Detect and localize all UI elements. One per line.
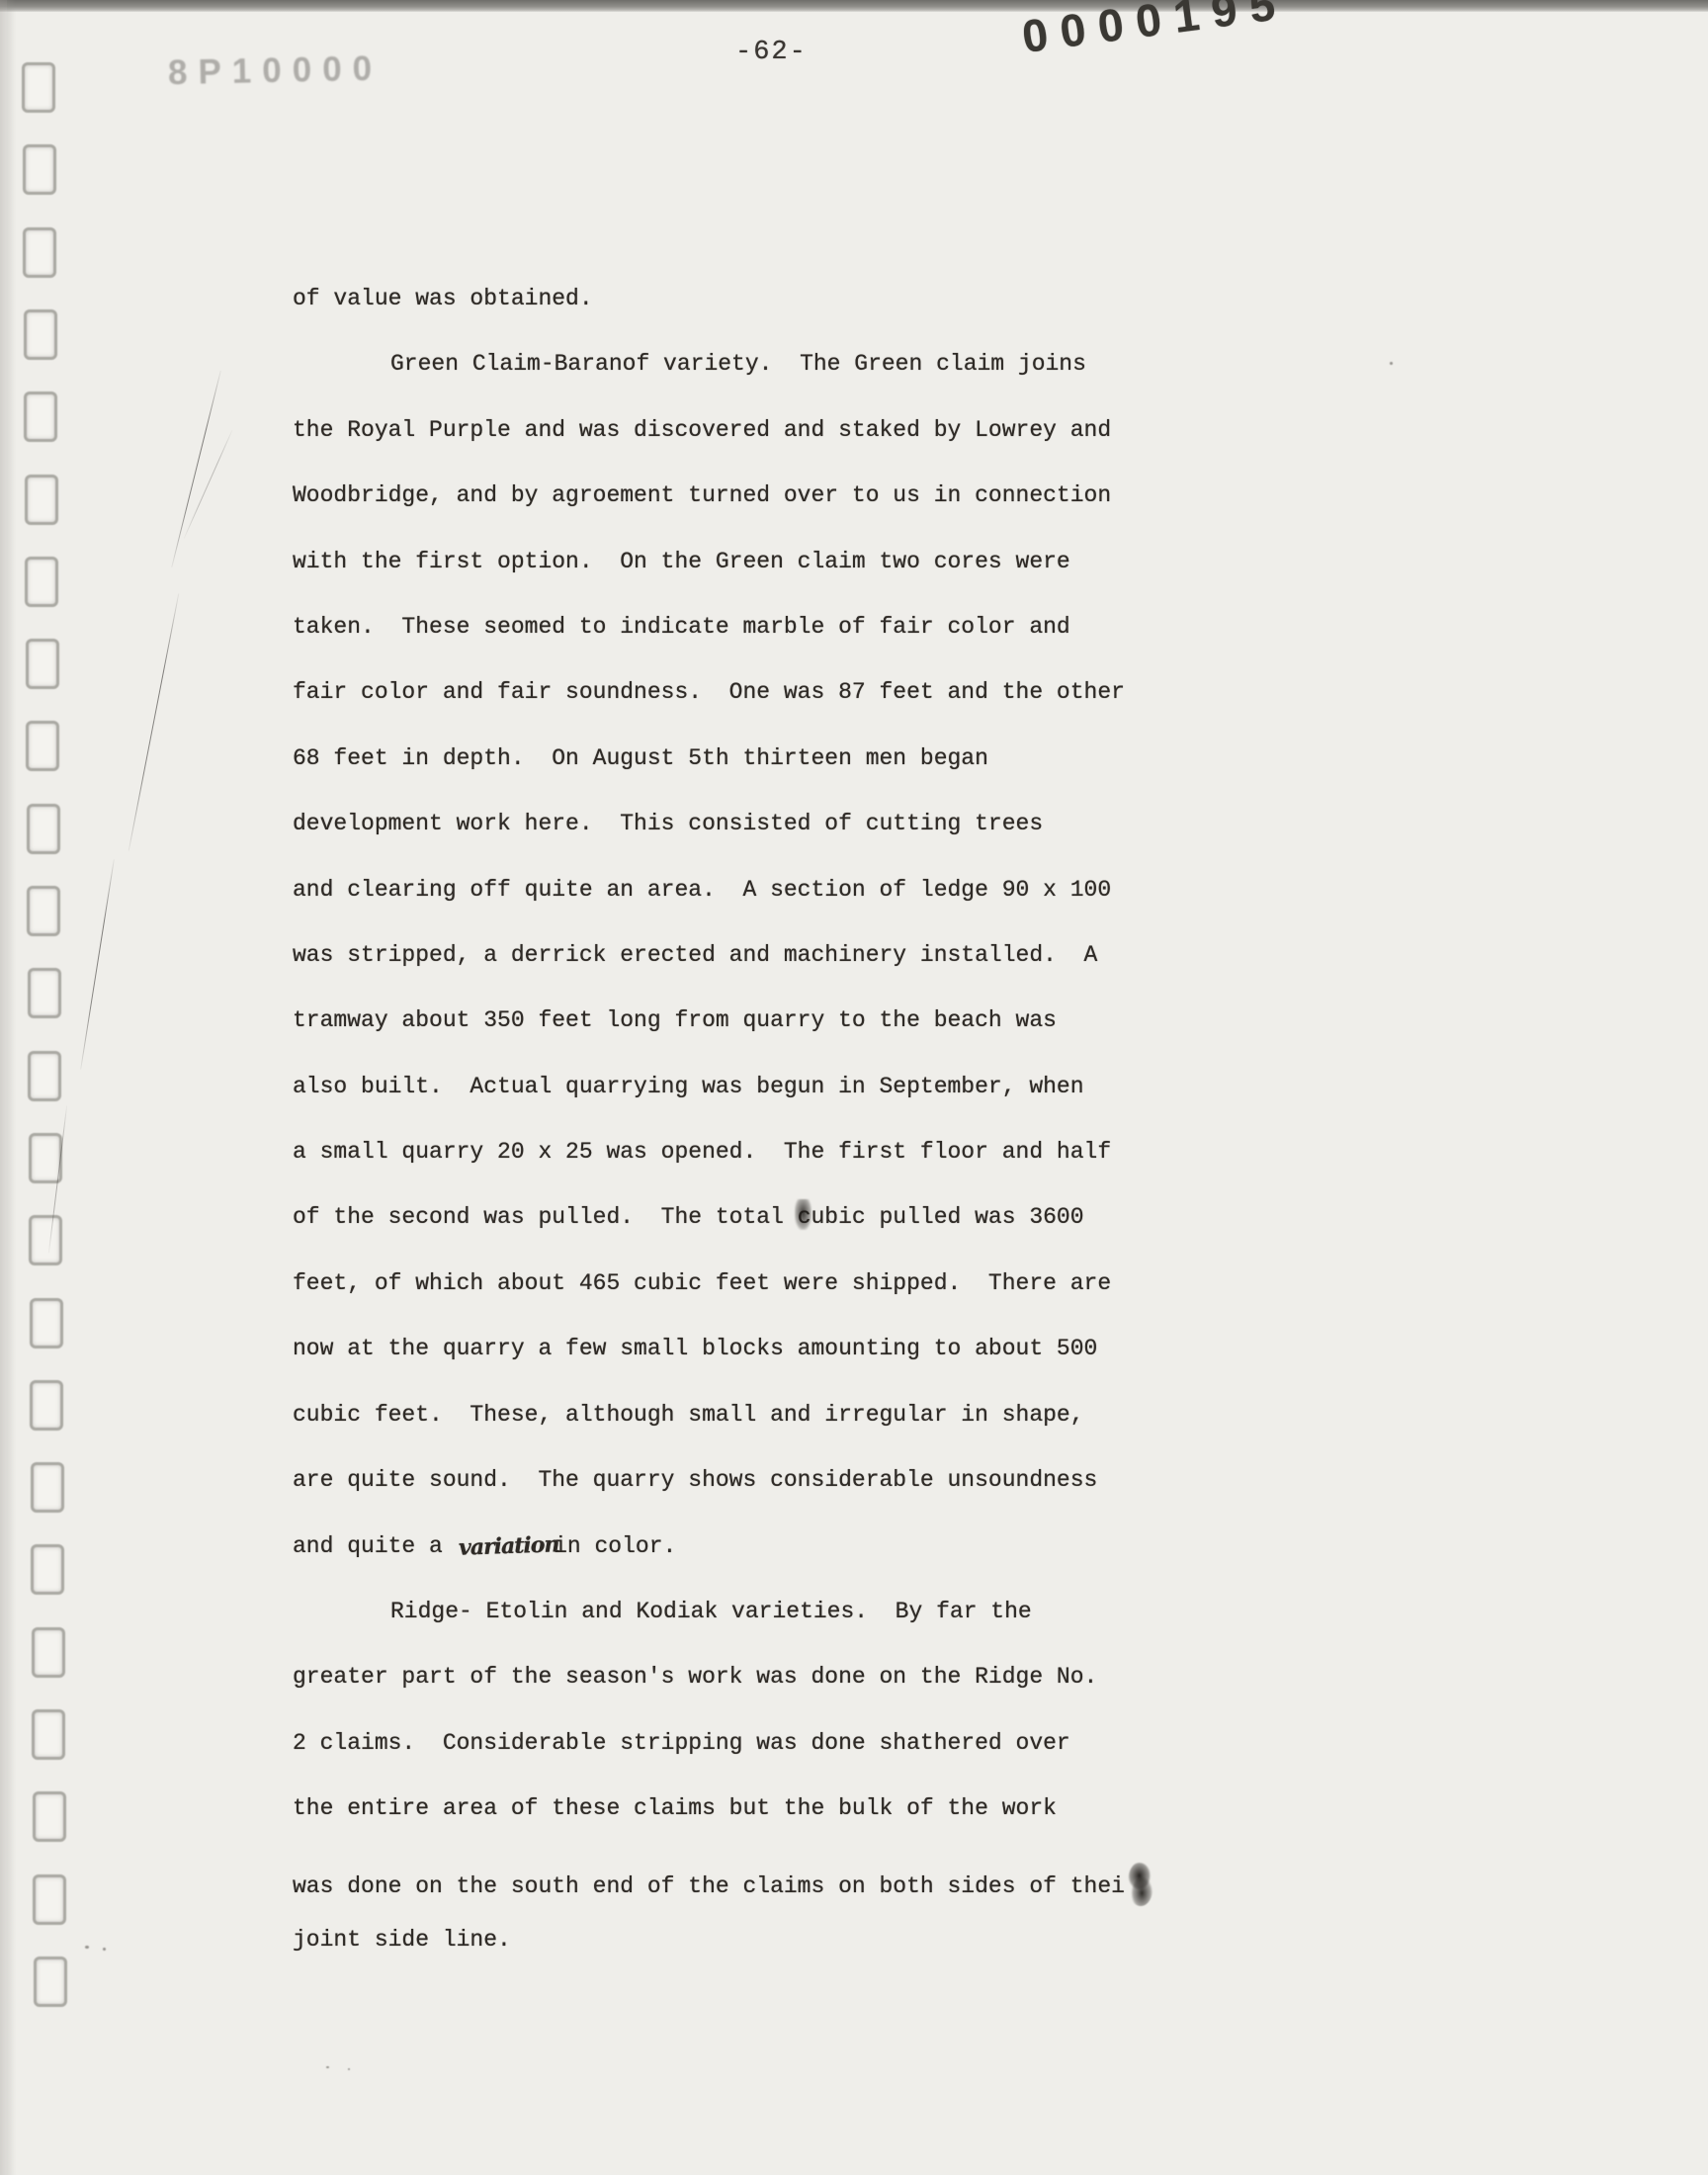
overstruck-word: cubic — [798, 1204, 866, 1230]
stamp-serial-faint: 8P10000 — [168, 49, 384, 94]
text-line: development work here. This consisted of… — [293, 813, 1182, 878]
hole-punch — [33, 1791, 66, 1842]
hole-punch — [27, 886, 60, 936]
handwritten-word: variation — [458, 1534, 558, 1561]
hole-punch — [28, 968, 61, 1018]
text-line: was stripped, a derrick erected and mach… — [293, 944, 1182, 1009]
stamp-serial: 0000195 — [1019, 0, 1291, 63]
text-line: the Royal Purple and was discovered and … — [293, 419, 1182, 484]
text-line: of the second was pulled. The total cubi… — [293, 1206, 1182, 1271]
scan-edge-left — [0, 0, 16, 2175]
text-segment: in color. — [554, 1533, 676, 1559]
hole-punch — [24, 309, 57, 360]
text-line: and clearing off quite an area. A sectio… — [293, 879, 1182, 944]
hole-punch — [29, 1215, 62, 1265]
text-line: a small quarry 20 x 25 was opened. The f… — [293, 1141, 1182, 1206]
scan-scratch — [80, 859, 115, 1070]
page-number: -62- — [735, 38, 808, 67]
hole-punch — [30, 1380, 63, 1431]
text-line: was done on the south end of the claims … — [293, 1863, 1182, 1928]
text-line: 68 feet in depth. On August 5th thirteen… — [293, 747, 1182, 813]
document-page: 8P10000 -62- 0000195 of value was obtain… — [0, 0, 1708, 2175]
text-line: of value was obtained. — [293, 288, 1182, 353]
scan-scratch — [128, 593, 180, 850]
ink-smudge — [1128, 1863, 1153, 1906]
text-line: 2 claims. Considerable stripping was don… — [293, 1732, 1182, 1797]
text-line: Green Claim-Baranof variety. The Green c… — [293, 353, 1182, 418]
hole-punch — [27, 804, 60, 854]
text-segment: and quite a — [293, 1533, 457, 1559]
scan-speck — [348, 2068, 350, 2070]
scan-speck — [1390, 362, 1393, 365]
scan-speck — [85, 1946, 89, 1949]
text-line: the entire area of these claims but the … — [293, 1797, 1182, 1863]
hole-punch — [31, 1544, 64, 1595]
hole-punch — [32, 1709, 65, 1760]
hole-punch — [23, 144, 56, 195]
hole-punch — [22, 62, 55, 113]
hole-punch — [30, 1298, 63, 1348]
scan-speck — [326, 2066, 329, 2068]
hole-punch — [32, 1627, 65, 1678]
document-body: of value was obtained.Green Claim-Barano… — [293, 288, 1182, 1994]
text-line: are quite sound. The quarry shows consid… — [293, 1469, 1182, 1534]
text-line: also built. Actual quarrying was begun i… — [293, 1076, 1182, 1141]
text-line: tramway about 350 feet long from quarry … — [293, 1009, 1182, 1075]
text-line: Woodbridge, and by agroement turned over… — [293, 484, 1182, 550]
text-line: cubic feet. These, although small and ir… — [293, 1404, 1182, 1469]
text-line: now at the quarry a few small blocks amo… — [293, 1338, 1182, 1403]
hole-punch — [25, 557, 58, 607]
hole-punch — [26, 721, 59, 771]
hole-punch — [23, 227, 56, 278]
text-line: greater part of the season's work was do… — [293, 1666, 1182, 1731]
text-line: taken. These seomed to indicate marble o… — [293, 616, 1182, 681]
hole-punch — [28, 1051, 61, 1101]
text-line: feet, of which about 465 cubic feet were… — [293, 1272, 1182, 1338]
hole-punch — [34, 1957, 67, 2007]
hole-punch — [24, 391, 57, 442]
scan-speck — [103, 1948, 106, 1951]
hole-punch — [25, 475, 58, 525]
scan-edge-top — [0, 0, 1708, 12]
text-segment: pulled was 3600 — [866, 1204, 1084, 1230]
text-line: fair color and fair soundness. One was 8… — [293, 681, 1182, 746]
text-segment: was done on the south end of the claims … — [293, 1873, 1125, 1899]
text-line: and quite a variationin color. — [293, 1534, 1182, 1600]
text-line: Ridge- Etolin and Kodiak varieties. By f… — [293, 1601, 1182, 1666]
text-segment: of the second was pulled. The total — [293, 1204, 798, 1230]
text-line: with the first option. On the Green clai… — [293, 551, 1182, 616]
hole-punch — [26, 639, 59, 689]
hole-punch — [31, 1462, 64, 1513]
text-line: joint side line. — [293, 1929, 1182, 1994]
hole-punch — [33, 1874, 66, 1925]
